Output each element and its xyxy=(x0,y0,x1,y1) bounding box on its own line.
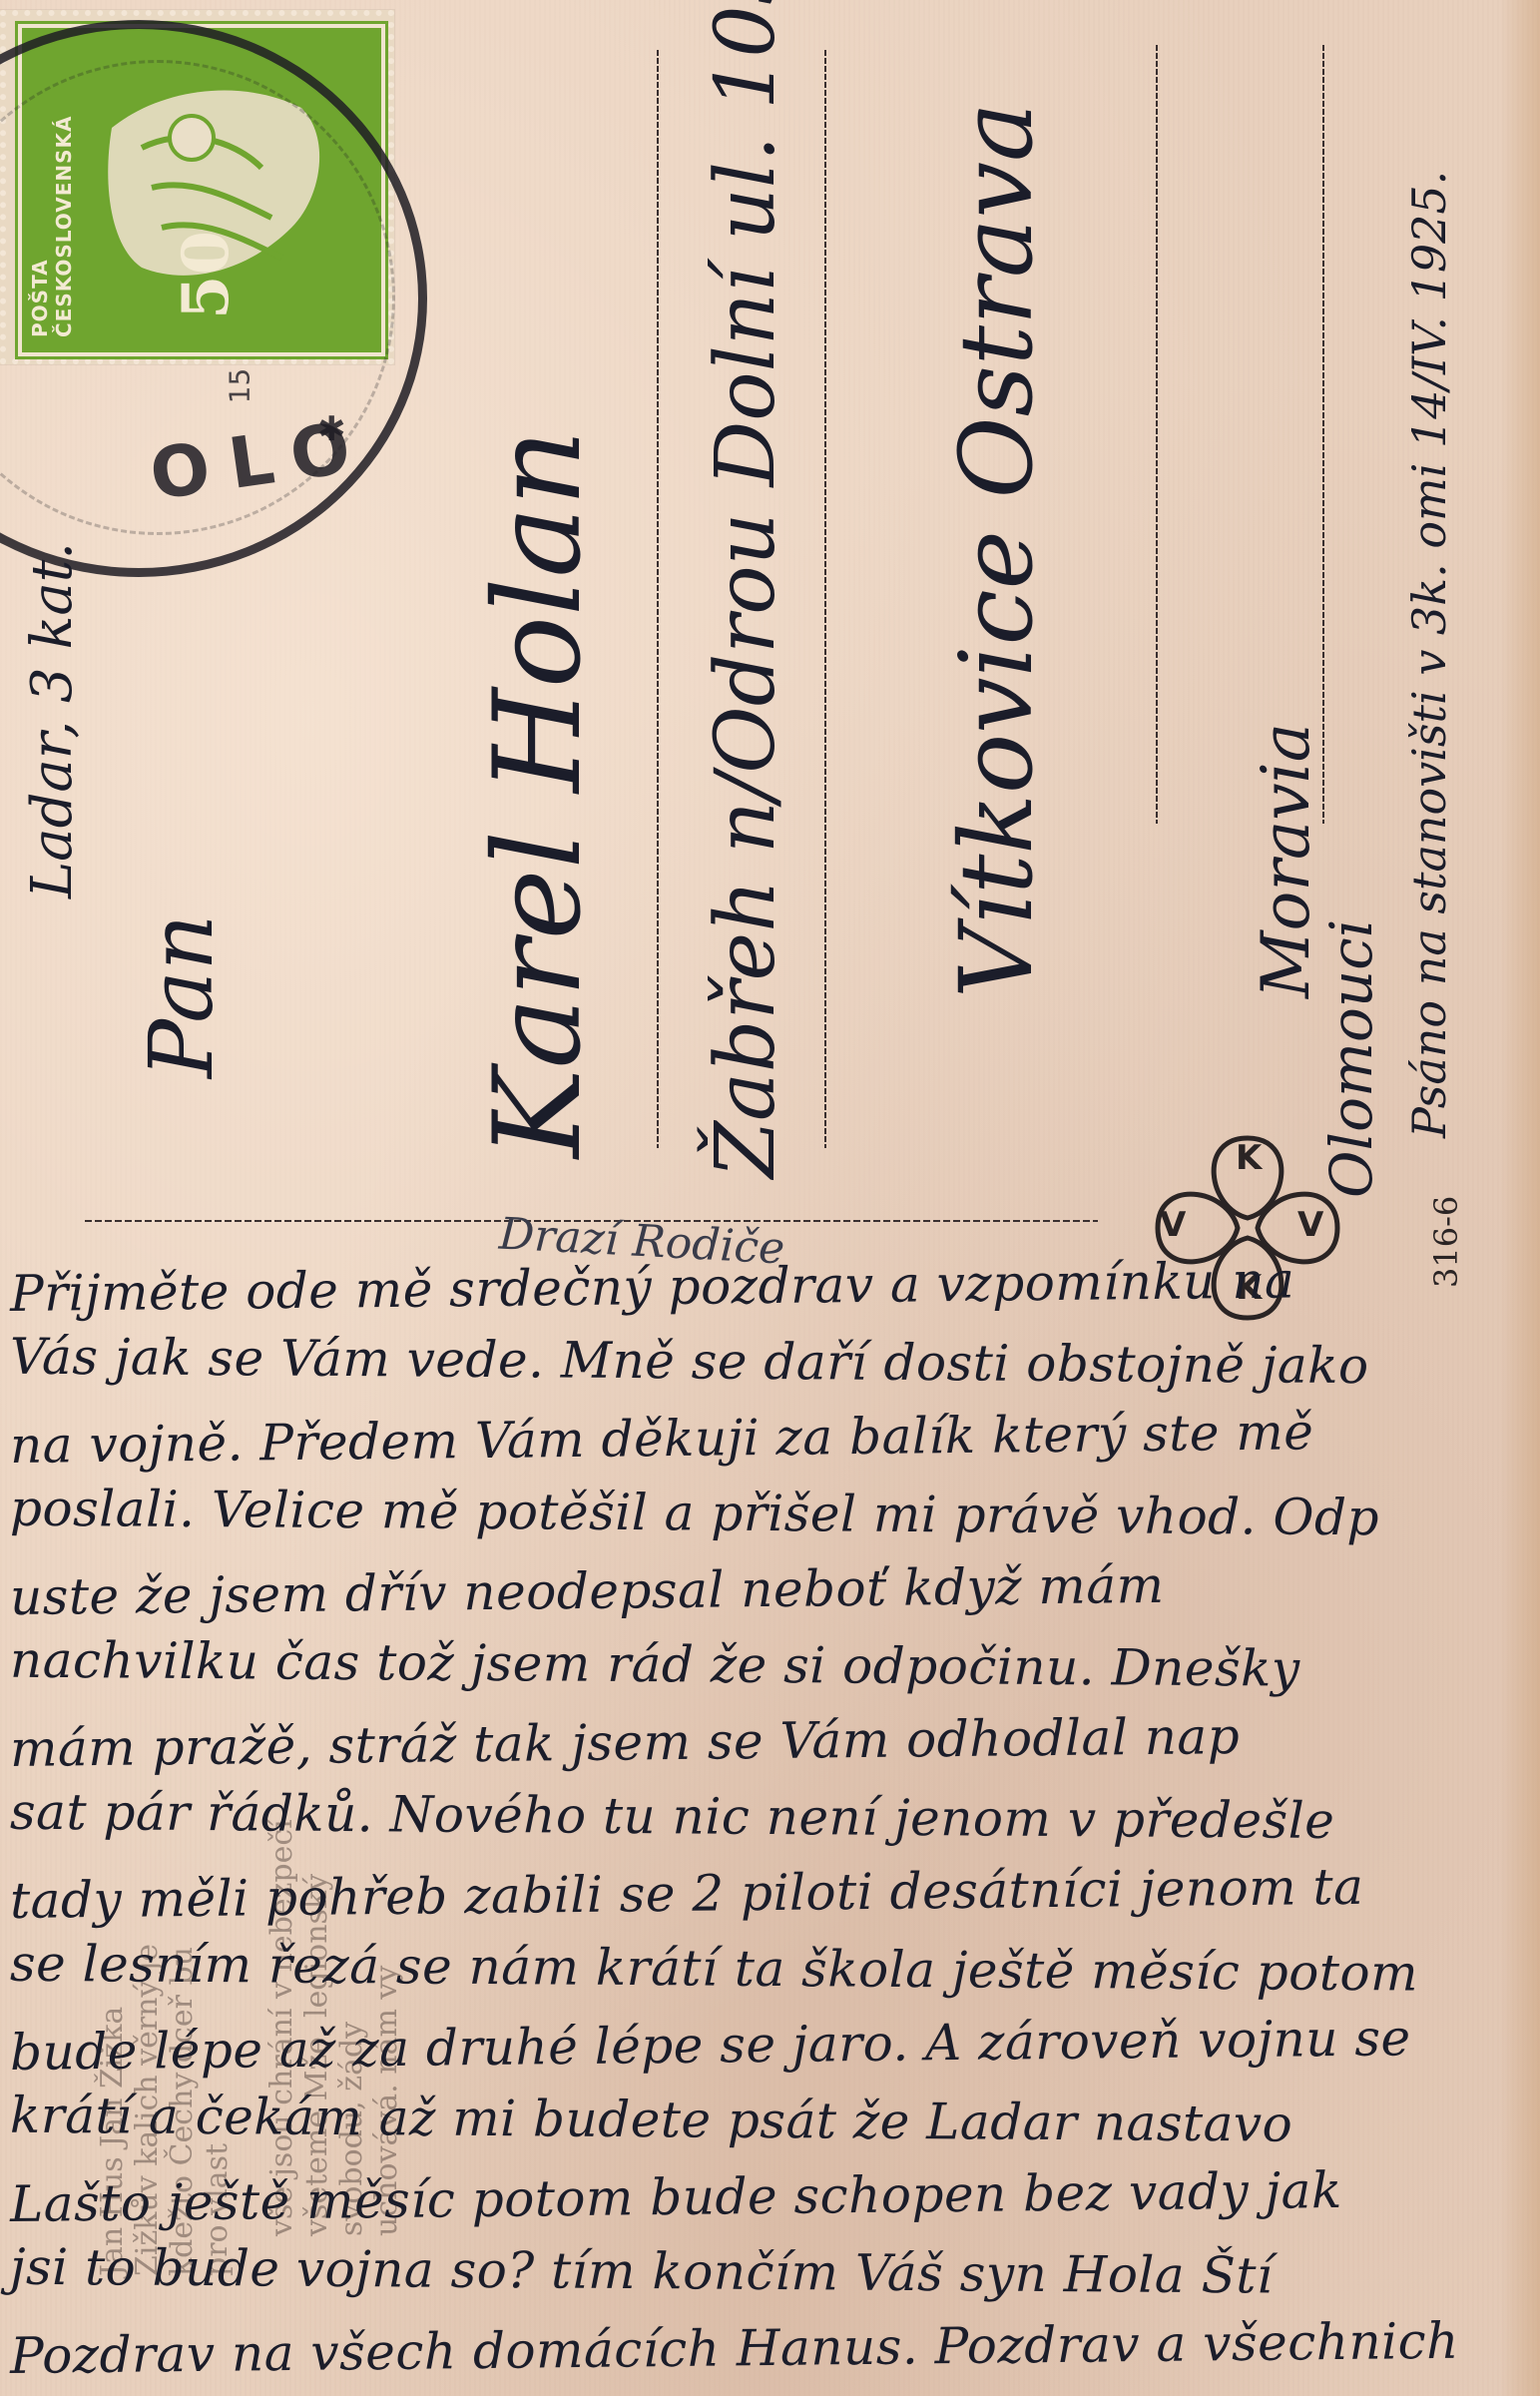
address-region: Moravia xyxy=(1248,723,1324,998)
message-line: jsi to bude vojna so? tím končím Váš syn… xyxy=(10,2229,1527,2316)
address-rule-3 xyxy=(1156,45,1158,824)
address-return-detail: Psáno na stanovišti v 3k. omi 14/IV. 192… xyxy=(1402,171,1456,1138)
address-name: Karel Holan xyxy=(469,429,608,1158)
message-line: uste že jsem dřív neodepsal neboť když m… xyxy=(10,1543,1528,1635)
postmark-star-icon: ✱ xyxy=(317,409,346,449)
message-line: poslali. Velice mě potěšil a přišel mi p… xyxy=(10,1471,1527,1557)
message-line: Lašto ještě měsíc potom bude schopen bez… xyxy=(10,2150,1528,2242)
message-line: mám pražě, stráž tak jsem se Vám odhodla… xyxy=(10,1695,1528,1787)
emblem-letter-top: K xyxy=(1236,1138,1262,1178)
message-line: tady měli pohřeb zabili se 2 piloti desá… xyxy=(10,1847,1528,1939)
message-line: Pozdrav na všech domácích Hanus. Pozdrav… xyxy=(10,2302,1528,2394)
address-salutation: Pan xyxy=(130,914,233,1078)
address-rule-2 xyxy=(824,50,826,1148)
message-line: na vojně. Předem Vám děkuji za balík kte… xyxy=(10,1392,1528,1484)
message-body: Přijměte ode mě srdečný pozdrav a vzpomí… xyxy=(10,1248,1527,2386)
emblem-letter-right: V xyxy=(1297,1205,1323,1245)
message-line: Přijměte ode mě srdečný pozdrav a vzpomí… xyxy=(10,1240,1528,1332)
address-street: Žabřeh n/Odrou Dolní ul. 105 xyxy=(699,0,793,1178)
edge-stain xyxy=(1500,0,1540,2396)
postcard-reverse: POŠTA ČESKOSLOVENSKÁ 50 OLO 15 ✱ Ladar, … xyxy=(0,0,1540,2396)
address-city: Vítkovice Ostrava xyxy=(938,102,1055,998)
message-line: se lesním řezá se nám krátí ta škola ješ… xyxy=(10,1926,1527,2013)
sender-note: Ladar, 3 kat. xyxy=(20,542,85,898)
message-line: sat pár řádků. Nového tu nic není jenom … xyxy=(10,1774,1527,1861)
emblem-letter-left: V xyxy=(1160,1205,1186,1245)
address-rule-4 xyxy=(1322,45,1324,824)
message-line: krátí a čekám až mi budete psát že Ladar… xyxy=(10,2078,1527,2164)
address-rule-1 xyxy=(657,50,659,1148)
message-line: nachvilku čas tož jsem rád že si odpočin… xyxy=(10,1622,1527,1709)
message-line: Vás jak se Vám vede. Mně se daří dosti o… xyxy=(10,1319,1527,1406)
message-line: bude lépe až za druhé lépe se jaro. A zá… xyxy=(10,1999,1528,2091)
postmark-number: 15 xyxy=(223,368,256,404)
